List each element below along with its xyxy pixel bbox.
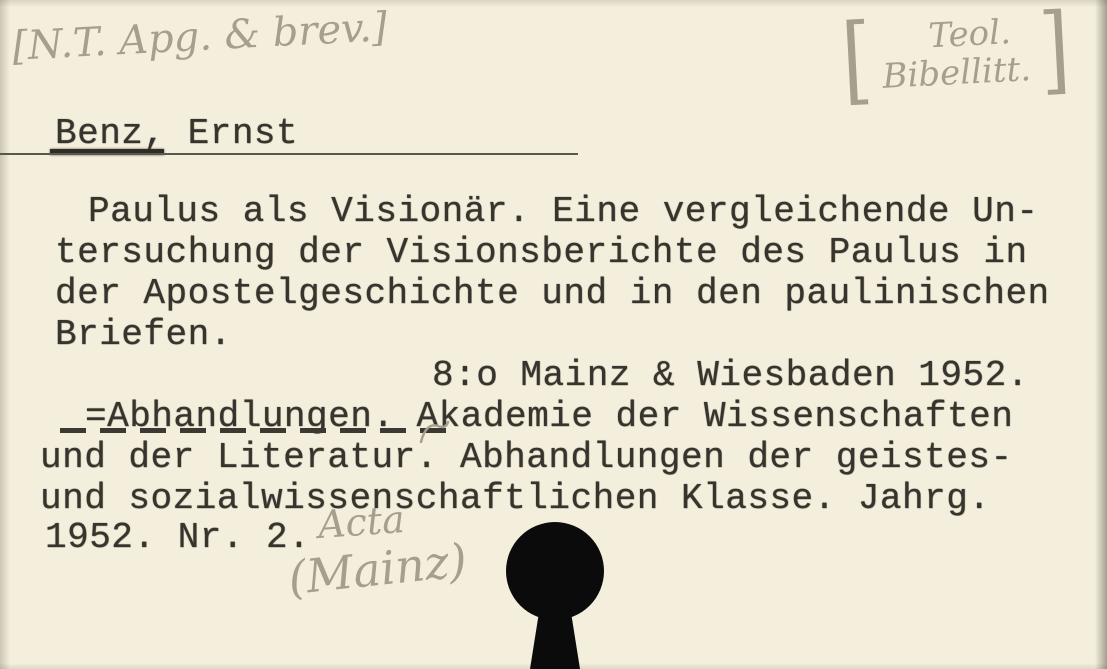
title-line-1: Paulus als Visionär. Eine vergleichende … (88, 192, 1038, 232)
imprint-line: 8:o Mainz & Wiesbaden 1952. (432, 356, 1029, 396)
card-edge-left (0, 0, 10, 669)
series-line-2: und der Literatur. Abhandlungen der geis… (40, 438, 1013, 478)
series-line-4: 1952. Nr. 2. (45, 518, 310, 558)
pencil-annotation-top-right-text: Teol. Bibellitt. (880, 12, 1032, 96)
keyhole-punch-icon (498, 518, 618, 669)
pencil-annotation-top-right: [ Teol. Bibellitt. ] (836, 0, 1076, 108)
author-heading: Benz, Ernst (55, 114, 298, 154)
title-line-3: der Apostelgeschichte und in den paulini… (55, 274, 1050, 314)
pencil-bracket-right: ] (1037, 0, 1072, 97)
title-line-4: Briefen. (55, 315, 232, 355)
card-edge-right (1095, 0, 1107, 669)
pencil-bracket-left: [ (839, 10, 874, 107)
series-dashed-underline (60, 428, 450, 433)
pencil-annotation-line2: Bibellitt. (882, 50, 1032, 96)
title-line-2: tersuchung der Visionsberichte des Paulu… (55, 233, 1028, 273)
pencil-annotation-top-left: [N.T. Apg. & brev.] (11, 4, 388, 70)
catalog-card: [N.T. Apg. & brev.] [ Teol. Bibellitt. ]… (0, 0, 1107, 669)
series-line-3: und sozialwissenschaftlichen Klasse. Jah… (40, 479, 990, 519)
heading-rule (0, 153, 578, 155)
pencil-mark-squiggle (418, 418, 452, 446)
pencil-annotation-mainz: (Mainz) (286, 533, 470, 605)
